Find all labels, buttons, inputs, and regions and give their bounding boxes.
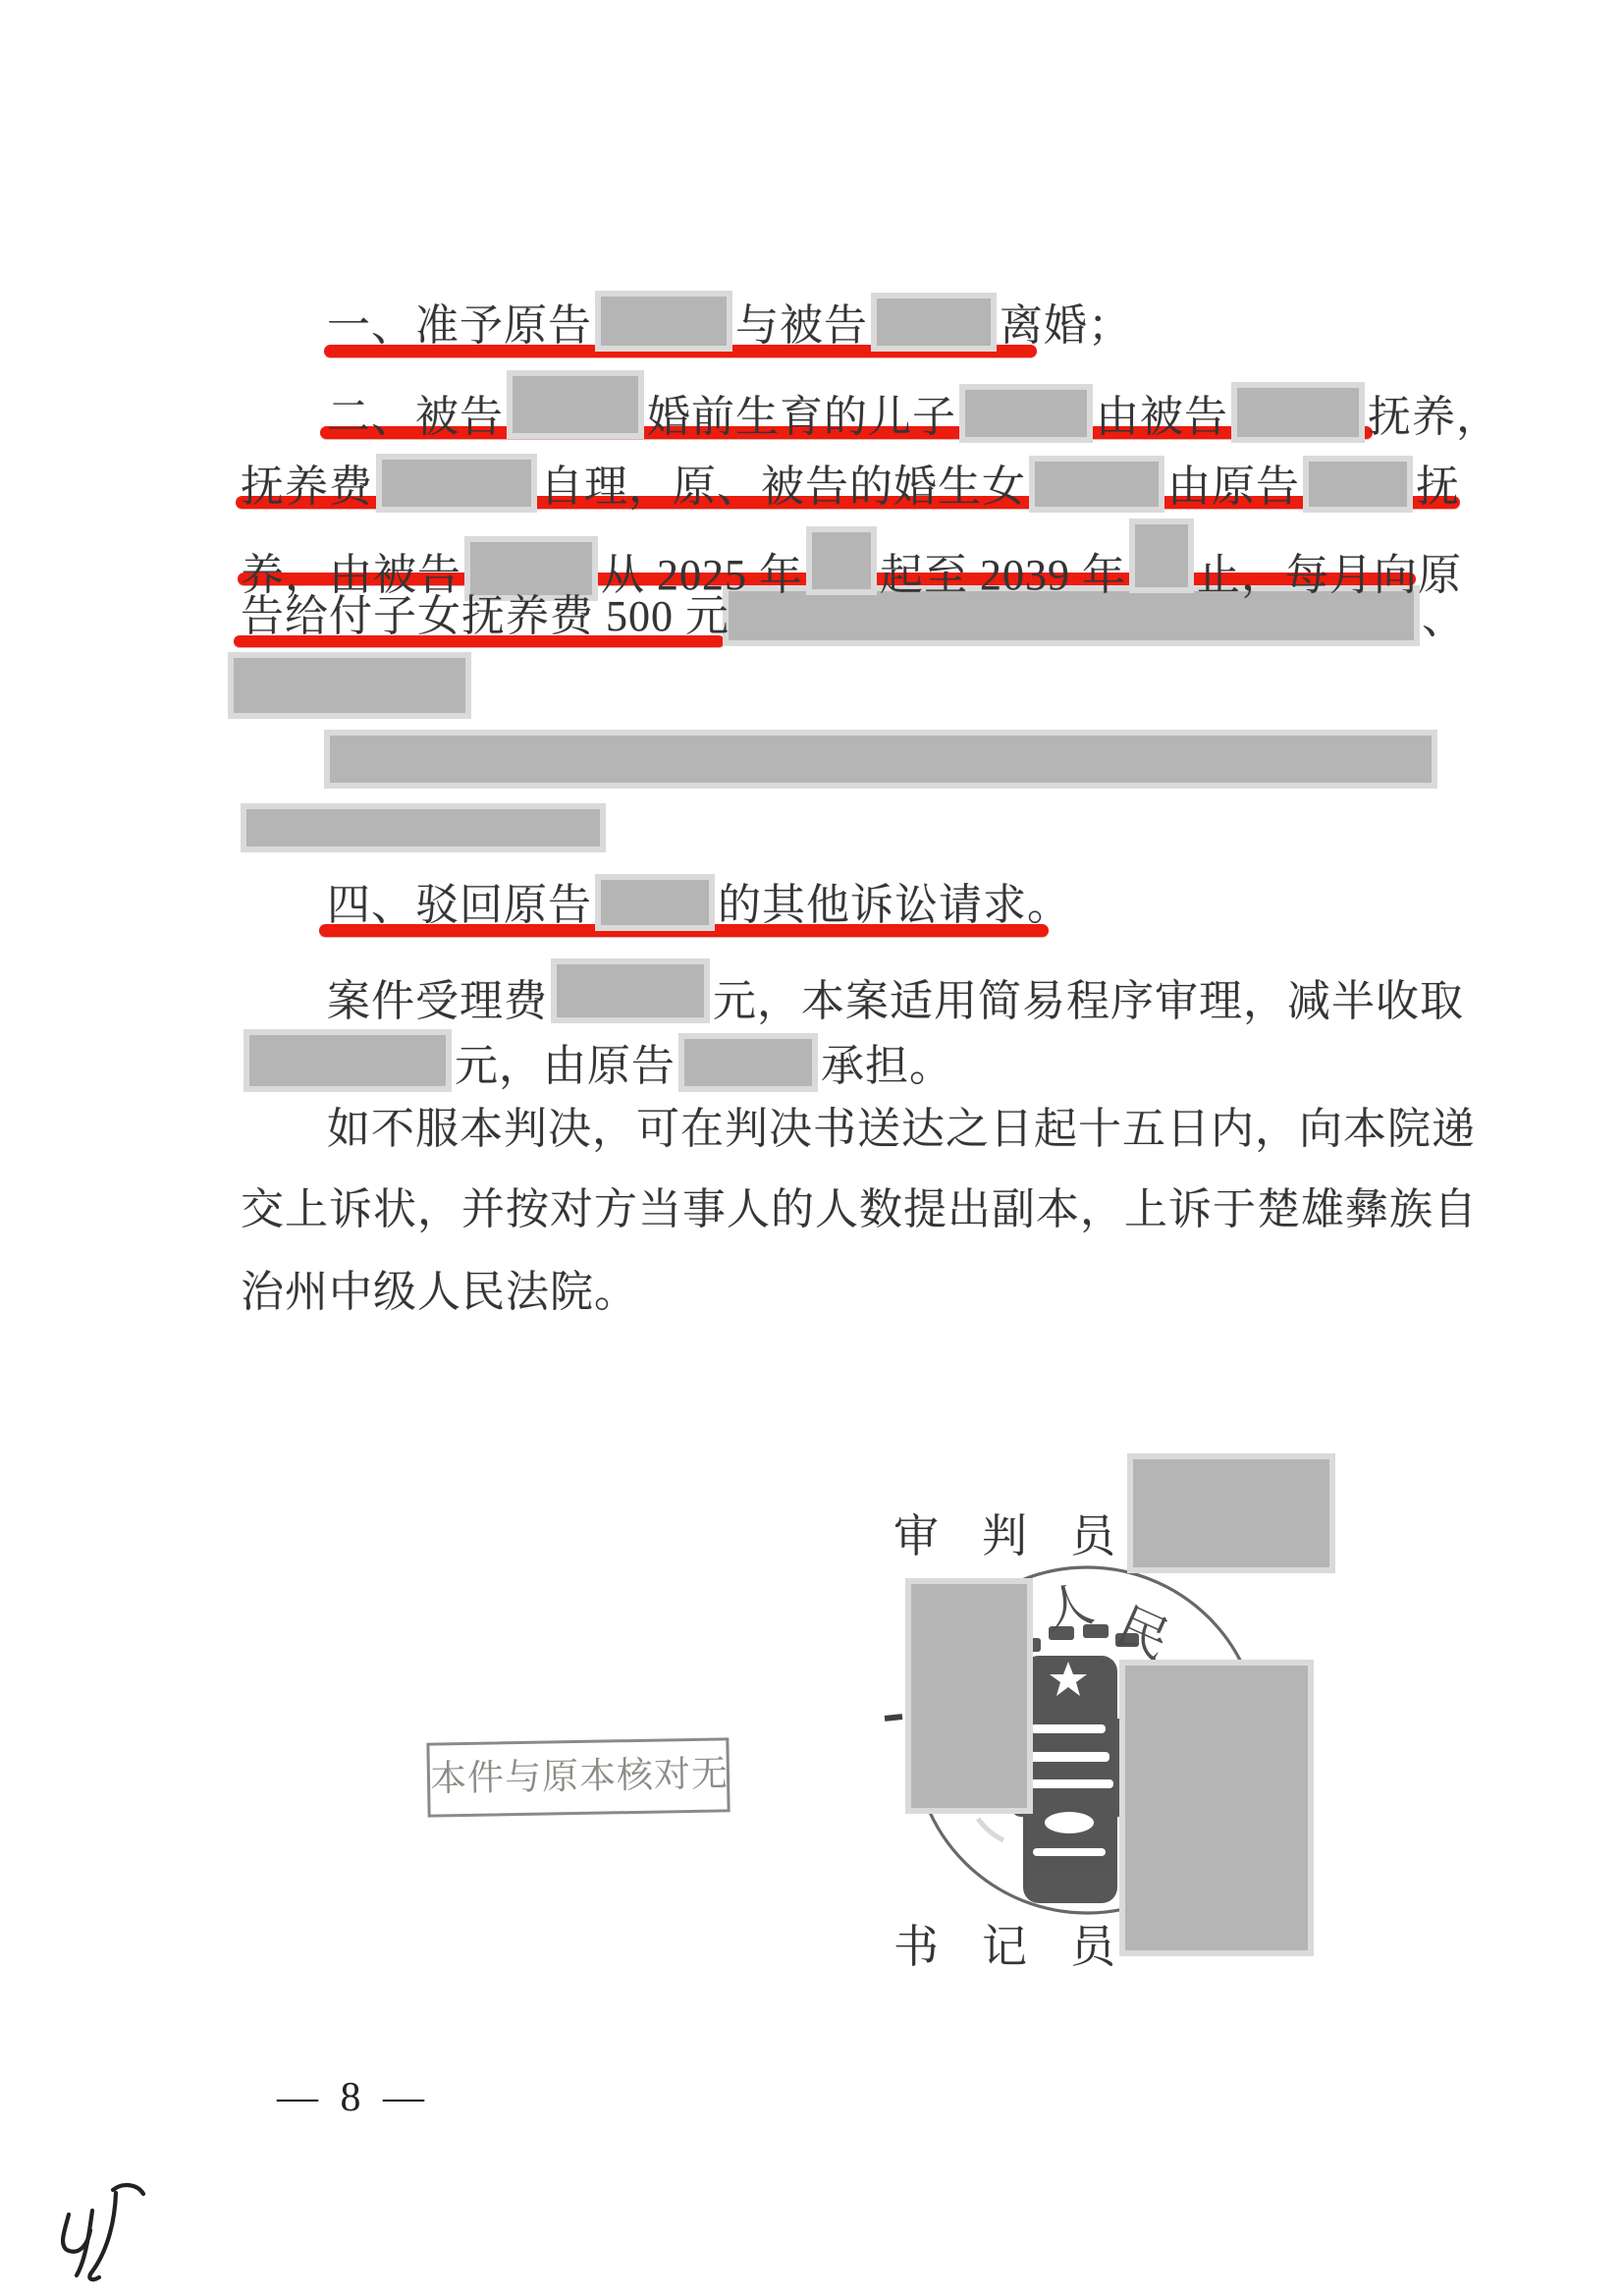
judgment-line-2: 二、被告婚前生育的儿子由被告抚养，	[327, 370, 1500, 443]
line-text: 的其他诉讼请求。	[718, 881, 1071, 929]
redaction-box	[1129, 519, 1194, 593]
line-text: 告给付子女抚养费 500 元	[241, 592, 730, 640]
judgment-line-5-tail: 、	[1422, 595, 1466, 642]
judgment-line-5: 告给付子女抚养费 500 元	[241, 593, 730, 640]
line-text: 止，每月向原	[1197, 551, 1462, 599]
line-text: 、	[1422, 594, 1466, 642]
judgment-line-3: 抚养费自理，原、被告的婚生女由原告抚	[241, 454, 1460, 513]
redaction-box	[241, 803, 606, 852]
line-text: 元，本案适用简易程序审理，减半收取	[713, 977, 1464, 1025]
redaction-box	[324, 730, 1437, 789]
line-text: 元，由原告	[455, 1042, 676, 1090]
redaction-box	[507, 370, 644, 439]
redaction-box	[1231, 382, 1365, 443]
redaction-box	[871, 293, 997, 352]
redaction-box	[228, 652, 471, 719]
line-text: 一、准予原告	[327, 301, 592, 350]
judgment-page: 一、准予原告与被告离婚； 二、被告婚前生育的儿子由被告抚养， 抚养费自理，原、被…	[0, 0, 1623, 2296]
judgment-line-10: 交上诉状，并按对方当事人的人数提出副本，上诉于楚雄彝族自	[241, 1186, 1478, 1233]
line-text: 离婚；	[1000, 301, 1132, 350]
redaction-box	[376, 454, 537, 513]
redaction-box	[678, 1033, 818, 1092]
judgment-line-8: 元，由原告承担。	[241, 1029, 953, 1092]
verification-stamp: 本件与原本核对无异	[426, 1737, 730, 1817]
line-text: 自理，原、被告的婚生女	[540, 463, 1026, 511]
handwritten-page-mark: 45	[39, 2165, 206, 2296]
redaction-box	[905, 1578, 1033, 1814]
judgment-line-9: 如不服本判决，可在判决书送达之日起十五日内，向本院递	[327, 1106, 1476, 1153]
line-text: 承担。	[821, 1042, 953, 1090]
redaction-box	[595, 874, 715, 931]
judgment-line-1: 一、准予原告与被告离婚；	[327, 291, 1132, 352]
redaction-box	[595, 291, 732, 352]
line-text: 交上诉状，并按对方当事人的人数提出副本，上诉于楚雄彝族自	[241, 1185, 1478, 1233]
judgment-line-7: 案件受理费元，本案适用简易程序审理，减半收取	[327, 958, 1464, 1025]
judge-label: 审判员	[893, 1501, 1159, 1565]
handwriting-strokes	[39, 2165, 206, 2293]
redaction-box	[1029, 456, 1164, 513]
redaction-box	[243, 1029, 452, 1092]
line-text: 二、被告	[327, 393, 504, 441]
judgment-line-11: 治州中级人民法院。	[241, 1269, 638, 1316]
line-text: 由被告	[1096, 393, 1228, 441]
redaction-box	[551, 958, 710, 1023]
line-text: 案件受理费	[327, 977, 548, 1025]
line-text: 婚前生育的儿子	[647, 393, 956, 441]
judgment-line-4: 养，由被告从 2025 年起至 2039 年止，每月向原	[241, 519, 1462, 601]
line-text: 抚养费	[241, 463, 373, 511]
line-text: 与被告	[735, 301, 868, 350]
line-text: 治州中级人民法院。	[241, 1268, 638, 1316]
line-text: 起至 2039 年	[880, 551, 1126, 599]
redaction-box	[806, 526, 877, 595]
line-text: 四、驳回原告	[327, 881, 592, 929]
clerk-label: 书记员	[893, 1911, 1159, 1976]
page-number: — 8 —	[277, 2074, 430, 2121]
line-text: 抚养，	[1368, 393, 1500, 441]
line-text: 抚	[1416, 463, 1460, 511]
redaction-box	[1303, 456, 1413, 513]
line-text: 由原告	[1167, 463, 1300, 511]
redaction-box	[959, 384, 1093, 443]
judgment-line-6: 四、驳回原告的其他诉讼请求。	[327, 874, 1071, 931]
line-text: 如不服本判决，可在判决书送达之日起十五日内，向本院递	[327, 1105, 1476, 1153]
